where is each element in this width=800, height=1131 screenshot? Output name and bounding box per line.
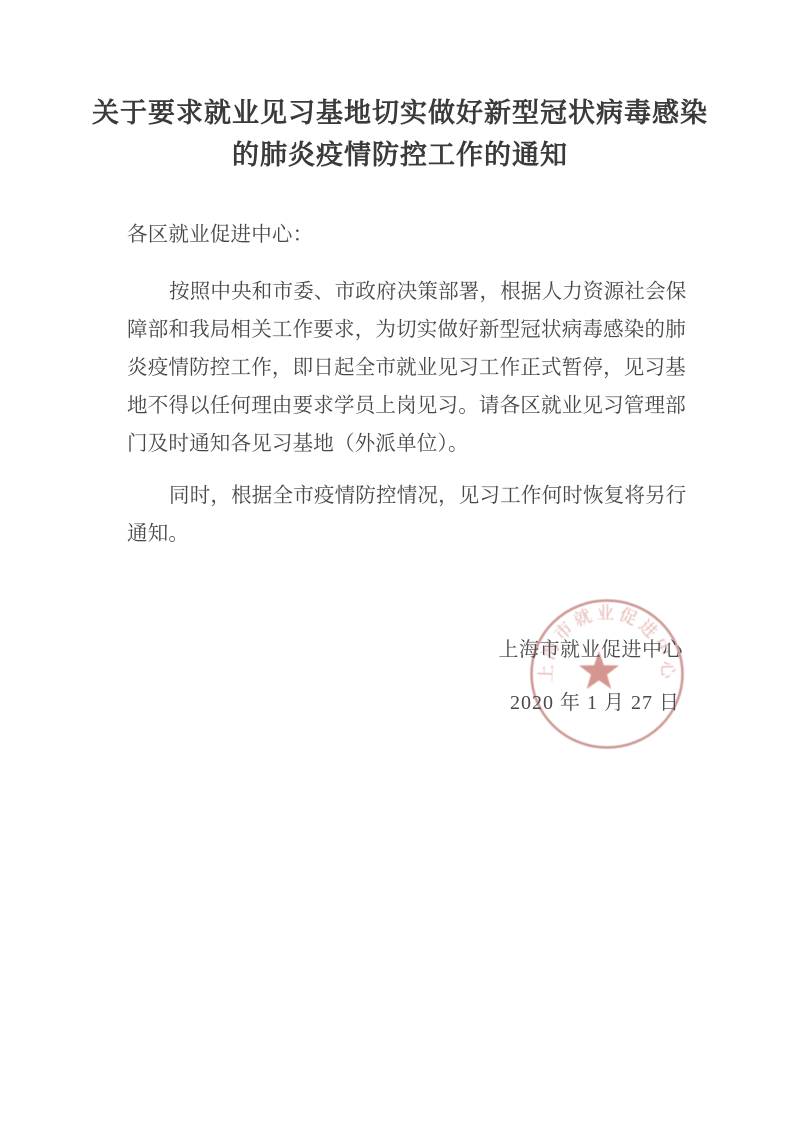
- signature-date: 2020 年 1 月 27 日: [510, 686, 680, 715]
- body-line: 同时，根据全市疫情防控情况，见习工作何时恢复将另行: [127, 477, 683, 515]
- body-line: 地不得以任何理由要求学员上岗见习。请各区就业见习管理部: [127, 387, 683, 425]
- paragraph-1: 按照中央和市委、市政府决策部署，根据人力资源社会保 障部和我局相关工作要求，为切…: [127, 273, 683, 463]
- signature-org: 上海市就业促进中心: [499, 633, 684, 662]
- body-line: 通知。: [127, 515, 683, 553]
- body-line: 炎疫情防控工作，即日起全市就业见习工作正式暂停，见习基: [127, 349, 683, 387]
- notice-body: 各区就业促进中心： 按照中央和市委、市政府决策部署，根据人力资源社会保 障部和我…: [127, 216, 683, 553]
- body-line: 障部和我局相关工作要求，为切实做好新型冠状病毒感染的肺: [127, 311, 683, 349]
- title-line-2: 的肺炎疫情防控工作的通知: [0, 134, 800, 176]
- body-line: 门及时通知各见习基地（外派单位）。: [127, 425, 683, 463]
- notice-title: 关于要求就业见习基地切实做好新型冠状病毒感染 的肺炎疫情防控工作的通知: [0, 92, 800, 176]
- official-seal-stamp: 上海市就业促进中心: [528, 598, 686, 750]
- salutation: 各区就业促进中心：: [127, 216, 683, 254]
- body-line: 按照中央和市委、市政府决策部署，根据人力资源社会保: [127, 273, 683, 311]
- title-line-1: 关于要求就业见习基地切实做好新型冠状病毒感染: [0, 92, 800, 134]
- notice-document-page: 关于要求就业见习基地切实做好新型冠状病毒感染 的肺炎疫情防控工作的通知 各区就业…: [0, 0, 800, 1131]
- paragraph-2: 同时，根据全市疫情防控情况，见习工作何时恢复将另行 通知。: [127, 477, 683, 553]
